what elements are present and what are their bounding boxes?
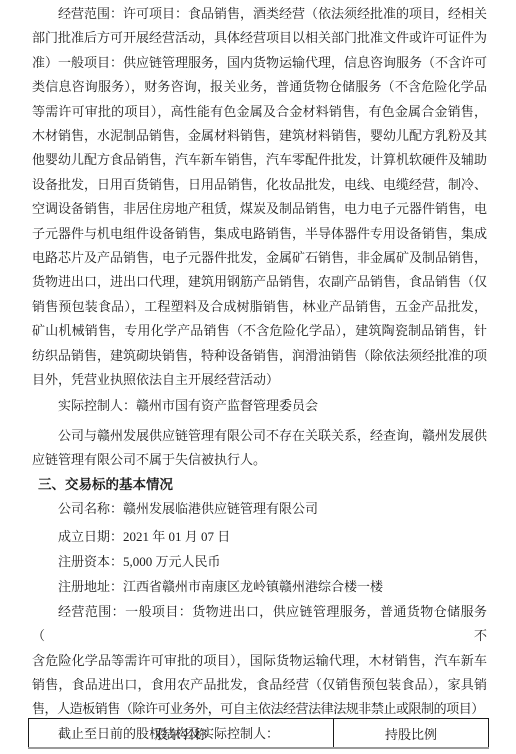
- text-line: 经营范围：一般项目：货物进出口，供应链管理服务，普通货物仓储服务（不: [32, 600, 487, 649]
- text-line: 销售预包装食品），工程塑料及合成树脂销售，林业产品销售，五金产品批发，: [32, 295, 487, 319]
- text-line: 木材销售，水泥制品销售，金属材料销售，建筑材料销售，婴幼儿配方乳粉及其: [32, 124, 487, 148]
- paragraph-established-date: 成立日期：2021 年 01 月 07 日: [32, 525, 487, 549]
- paragraph-registered-capital: 注册资本：5,000 万元人民币: [32, 550, 487, 574]
- section-heading: 三、交易标的基本情况: [32, 473, 487, 497]
- paragraph-company-name: 公司名称：赣州发展临港供应链管理有限公司: [32, 497, 487, 521]
- text-line: 应链管理有限公司不属于失信被执行人。: [32, 448, 487, 472]
- text-line: 含危险化学品等需许可审批的项目），国际货物运输代理，木材销售，汽车新车: [32, 649, 487, 673]
- text-line: 经营范围：许可项目：食品销售，酒类经营（依法须经批准的项目，经相关: [32, 2, 487, 26]
- paragraph-relationship: 公司与赣州发展供应链管理有限公司不存在关联关系，经查询，赣州发展供 应链管理有限…: [32, 424, 487, 473]
- text-line: 准）一般项目：供应链管理服务，国内货物运输代理，信息咨询服务（不含许可: [32, 51, 487, 75]
- table-header-shareholding-ratio: 持股比例: [334, 719, 489, 749]
- text-line: 注册地址：江西省赣州市南康区龙岭镇赣州港综合楼一楼: [32, 575, 487, 599]
- paragraph-registered-address: 注册地址：江西省赣州市南康区龙岭镇赣州港综合楼一楼: [32, 575, 487, 599]
- table-header-row: 股东名称 持股比例: [29, 719, 489, 749]
- text-line: 子元器件与机电组件设备销售，集成电路销售，半导体器件专用设备销售，集成: [32, 222, 487, 246]
- paragraph-business-scope: 经营范围：许可项目：食品销售，酒类经营（依法须经批准的项目，经相关 部门批准后方…: [32, 2, 487, 393]
- text-line: 电路芯片及产品销售，电子元器件批发，金属矿石销售，非金属矿及制品销售，: [32, 246, 487, 270]
- paragraph-target-business-scope: 经营范围：一般项目：货物进出口，供应链管理服务，普通货物仓储服务（不 含危险化学…: [32, 600, 487, 722]
- text-line: 纺织品销售，建筑砌块销售，特种设备销售，润滑油销售（除依法须经批准的项: [32, 344, 487, 368]
- document-content: 经营范围：许可项目：食品销售，酒类经营（依法须经批准的项目，经相关 部门批准后方…: [32, 2, 487, 746]
- document-page: 经营范围：许可项目：食品销售，酒类经营（依法须经批准的项目，经相关 部门批准后方…: [0, 0, 516, 754]
- text-line: 部门批准后方可开展经营活动，具体经营项目以相关部门批准文件或许可证件为: [32, 26, 487, 50]
- text-line: 设备批发，日用百货销售，日用品销售，化妆品批发，电线、电缆经营，制冷、: [32, 173, 487, 197]
- text-line: 实际控制人：赣州市国有资产监督管理委员会: [32, 394, 487, 418]
- text-line: 公司与赣州发展供应链管理有限公司不存在关联关系，经查询，赣州发展供: [32, 424, 487, 448]
- text-line: 矿山机械销售，专用化学产品销售（不含危险化学品），建筑陶瓷制品销售，针: [32, 319, 487, 343]
- text-line: 他婴幼儿配方食品销售，汽车新车销售，汽车零配件批发，计算机软硬件及辅助: [32, 148, 487, 172]
- text-line: 等需许可审批的项目），高性能有色金属及合金材料销售，有色金属合金销售，: [32, 100, 487, 124]
- shareholder-table: 股东名称 持股比例: [28, 718, 489, 749]
- paragraph-actual-controller: 实际控制人：赣州市国有资产监督管理委员会: [32, 394, 487, 418]
- table-header-shareholder-name: 股东名称: [29, 719, 334, 749]
- text-line: 空调设备销售，非居住房地产租赁，煤炭及制品销售，电力电子元器件销售，电: [32, 197, 487, 221]
- text-line: 销售，食品进出口，食用农产品批发，食品经营（仅销售预包装食品），家具销: [32, 673, 487, 697]
- text-line: 类信息咨询服务），财务咨询，报关业务，普通货物仓储服务（不含危险化学品: [32, 75, 487, 99]
- text-line: 目外，凭营业执照依法自主开展经营活动）: [32, 368, 487, 392]
- text-line: 公司名称：赣州发展临港供应链管理有限公司: [32, 497, 487, 521]
- text-line: 货物进出口，进出口代理，建筑用钢筋产品销售，农副产品销售，食品销售（仅: [32, 270, 487, 294]
- text-line: 注册资本：5,000 万元人民币: [32, 550, 487, 574]
- text-line: 成立日期：2021 年 01 月 07 日: [32, 525, 487, 549]
